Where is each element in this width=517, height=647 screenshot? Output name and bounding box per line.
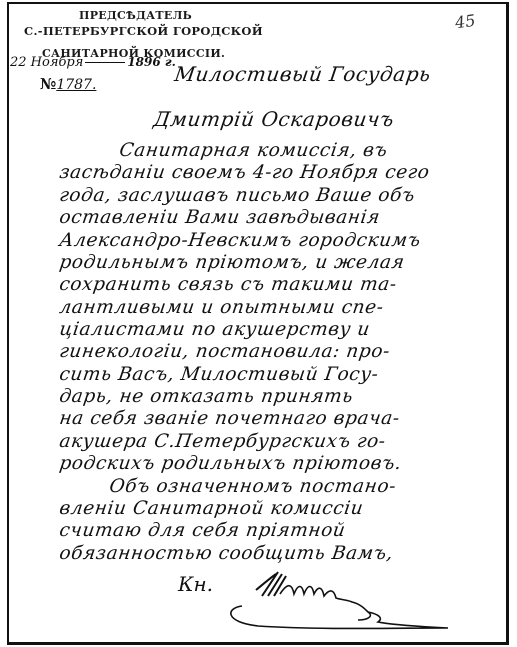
date-year: 1896 г.: [127, 55, 176, 69]
number-sign: №: [40, 75, 56, 93]
date-rule: [85, 62, 125, 63]
body-line: родильнымъ пріютомъ, и желая: [58, 252, 406, 273]
date-day-month: 22 Ноября: [10, 55, 83, 70]
body-line: ціалистами по акушерству и: [58, 319, 371, 340]
stamp-date: 22 Ноября1896 г.: [10, 55, 176, 70]
body-line: родскихъ родильныхъ пріютовъ.: [58, 453, 403, 474]
salutation: Милостивый Государь: [173, 62, 433, 86]
body-line: на себя званіе почетнаго врача-: [58, 408, 401, 429]
stamp-title: ПРЕДСѢДАТЕЛЬ: [79, 8, 192, 23]
outgoing-number: №1787.: [40, 75, 96, 93]
body-line: обязанностью сообщить Вамъ,: [58, 543, 395, 564]
body-line: сить Васъ, Милостивый Госу-: [58, 364, 380, 385]
closing-title: Кн.: [178, 572, 213, 596]
signature: Шаховской: [218, 570, 478, 638]
body-line: считаю для себя пріятной: [58, 520, 347, 541]
addressee-name: Дмитрій Оскаровичъ: [152, 107, 396, 131]
number-value: 1787.: [56, 77, 96, 93]
folio-number: 45: [454, 11, 477, 33]
body-line: засѣданіи своемъ 4-го Ноября сего: [58, 162, 431, 183]
body-line: акушера С.Петербургскихъ го-: [58, 431, 387, 452]
body-line: Объ означенномъ постано-: [108, 476, 398, 497]
stamp-organization-line1: С.-ПЕТЕРБУРГСКОЙ ГОРОДСКОЙ: [24, 24, 263, 39]
body-line: сохранить связь съ такими та-: [58, 274, 398, 295]
body-line: гинекологіи, постановила: про-: [58, 341, 391, 362]
body-line: лантливыми и опытными спе-: [58, 297, 385, 318]
body-line: Александро-Невскимъ городскимъ: [58, 230, 422, 251]
body-line: Санитарная комиссія, въ: [118, 140, 389, 161]
body-line: года, заслушавъ письмо Ваше объ: [58, 185, 416, 206]
body-line: оставленіи Вами завѣдыванія: [58, 207, 382, 228]
body-line: вленіи Санитарной комиссіи: [58, 498, 365, 519]
body-line: дарь, не отказать принять: [58, 386, 354, 407]
